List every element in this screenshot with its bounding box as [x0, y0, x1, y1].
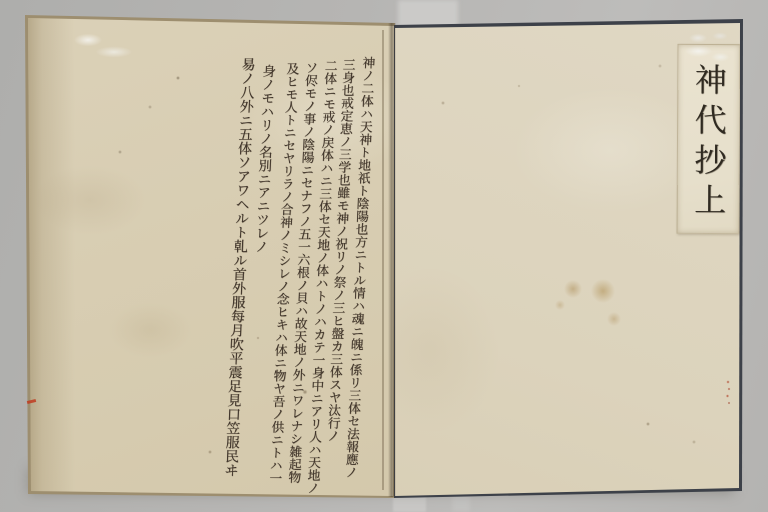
photo-background: 神ノ二体ハ天神ト地祇ト陰陽也方ニトル情ハ魂ニ魄ニ係リ三体セ法報應ノ 三身也戒定恵… — [0, 0, 768, 512]
page-fold-crease — [382, 30, 384, 490]
red-edge-mark-right — [726, 378, 731, 408]
title-label-text: 神代抄上 — [692, 63, 725, 223]
text-column: 身ノモハリノ名別ニアニツレノ — [252, 64, 273, 253]
cradle-strip-top — [398, 0, 458, 28]
center-seam — [388, 23, 396, 497]
text-column: 易ノ八外ニ五体ソアワヘルト乹ル首外服每月吹平震足見口笠服民ヰ — [223, 57, 255, 477]
title-label: 神代抄上 — [677, 44, 741, 234]
